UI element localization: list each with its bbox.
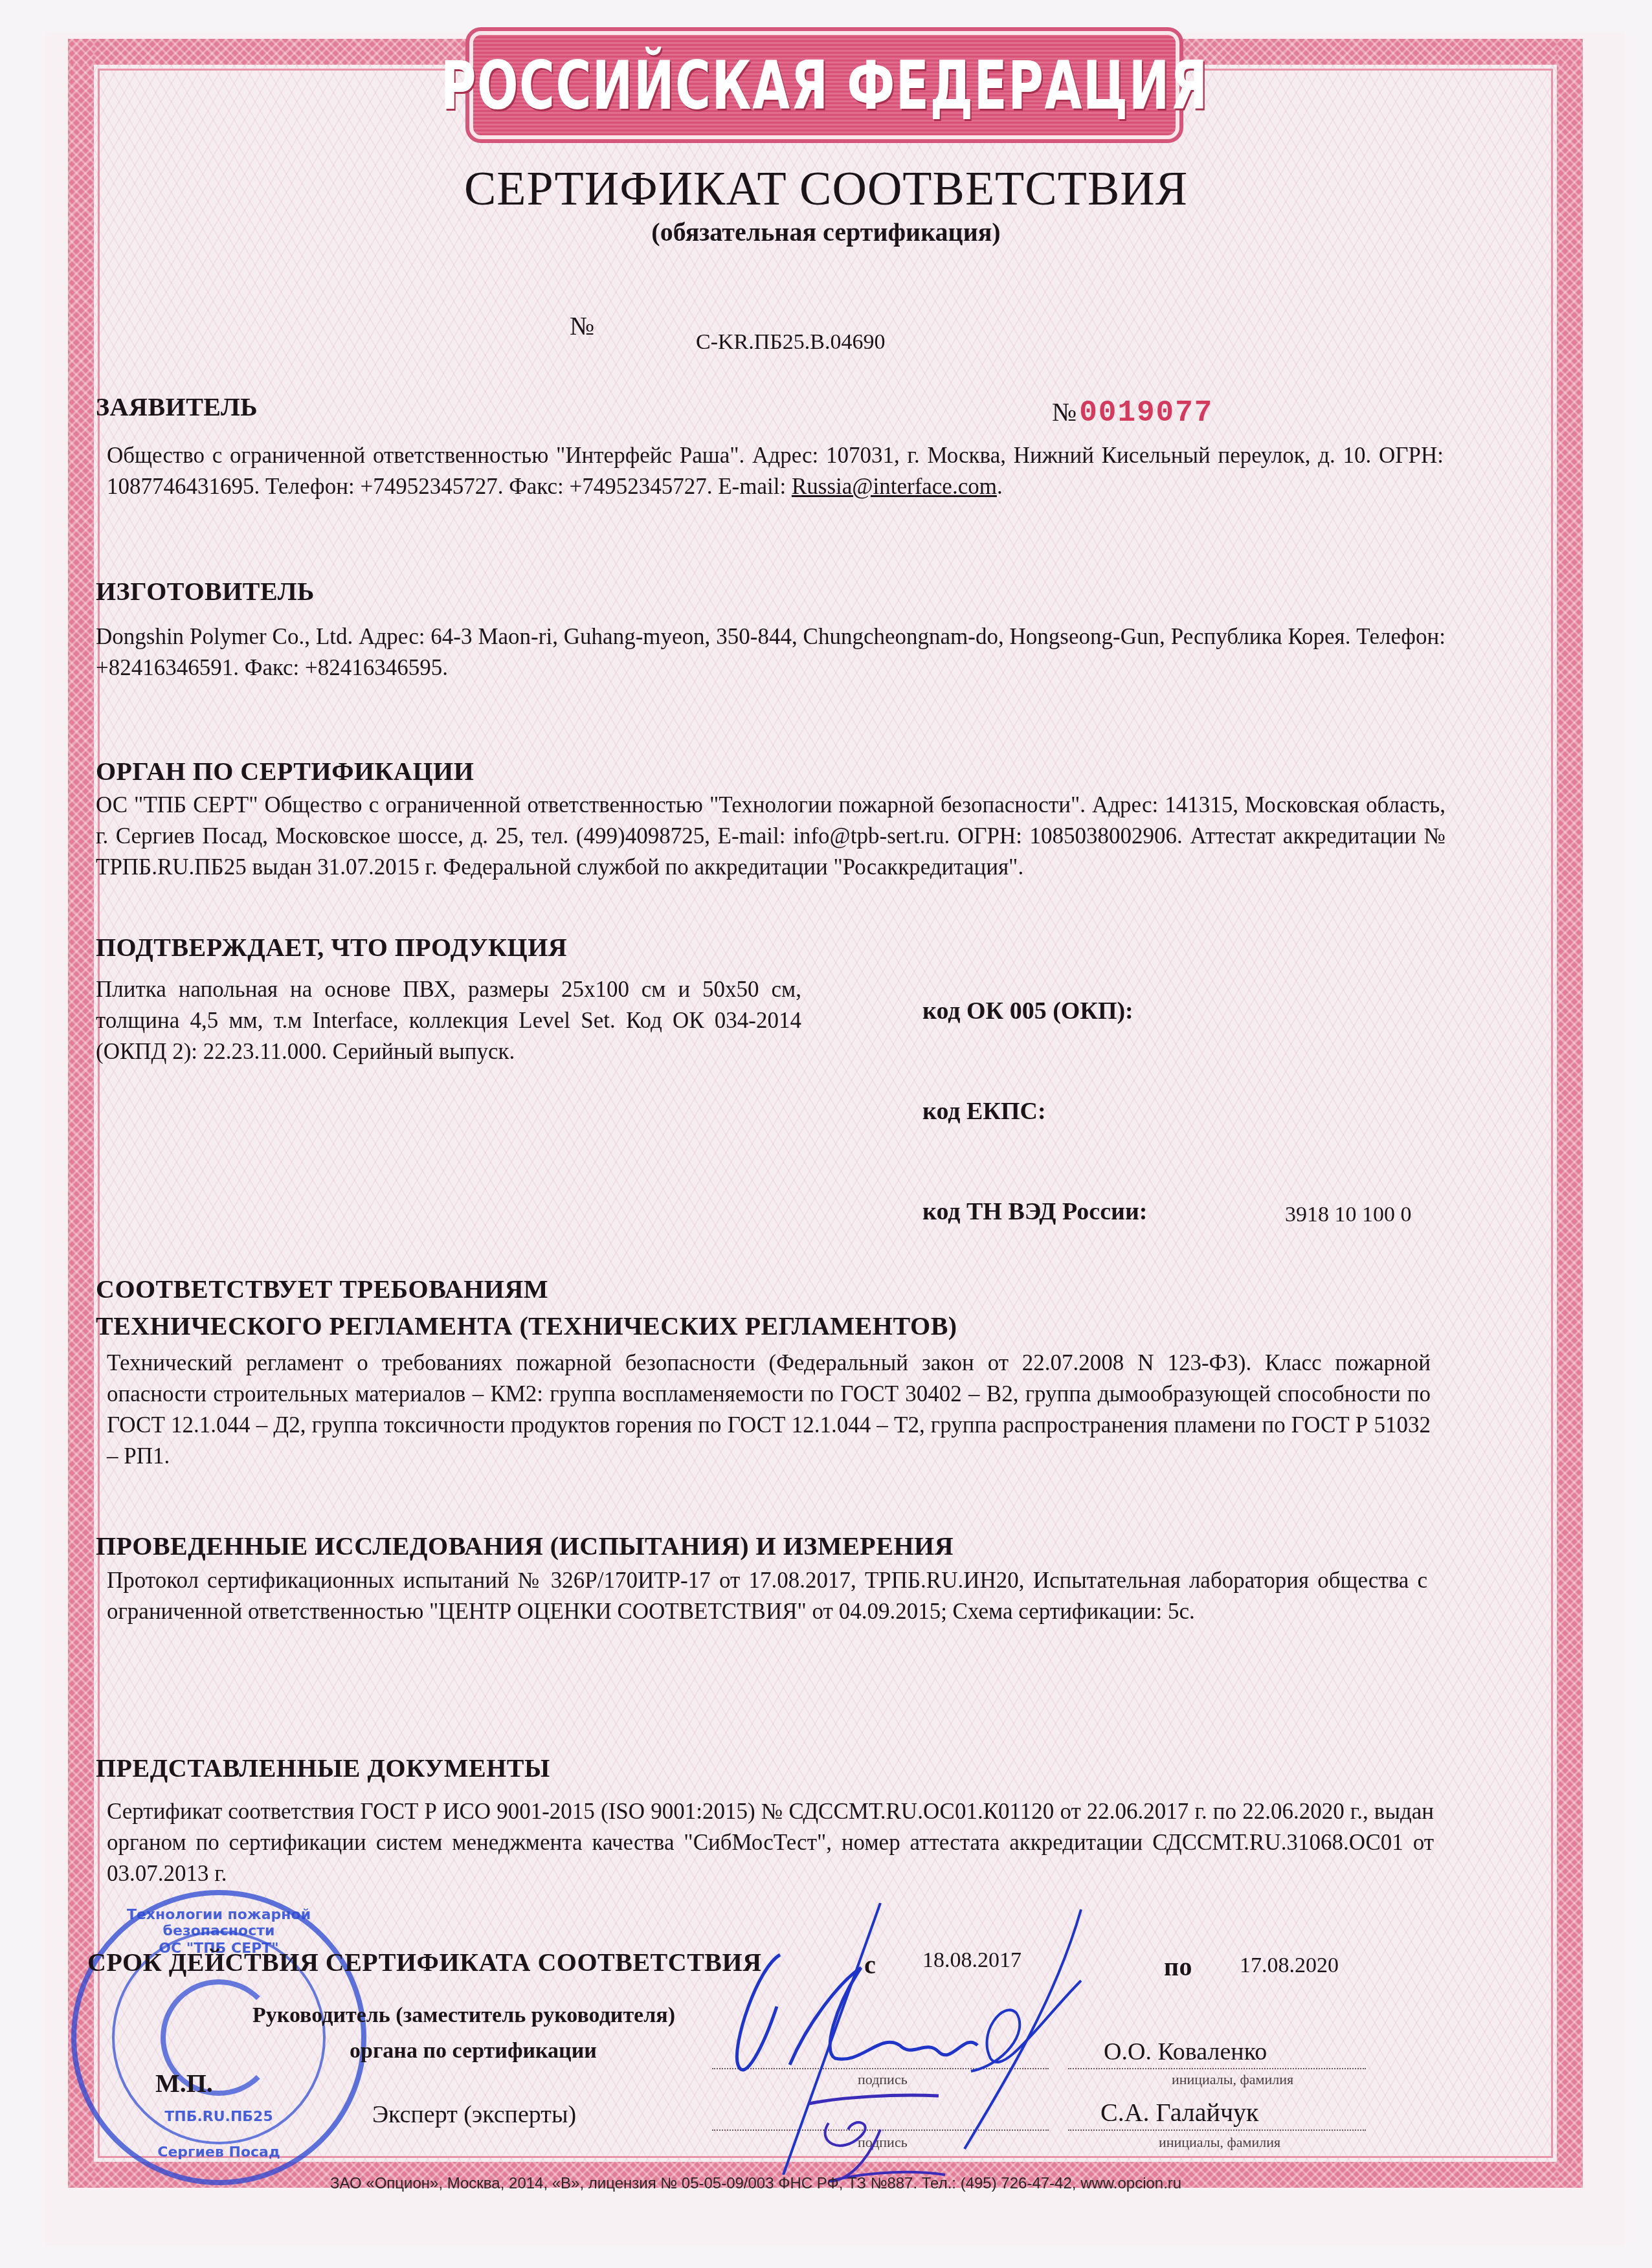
- applicant-details: Общество с ограниченной ответственностью…: [107, 440, 1444, 502]
- validity-to-label: по: [1164, 1951, 1192, 1982]
- code-tnved-label: код ТН ВЭД России:: [922, 1197, 1147, 1226]
- expert-name-line: [1068, 2129, 1366, 2131]
- validity-heading: СРОК ДЕЙСТВИЯ СЕРТИФИКАТА СООТВЕТСТВИЯ: [87, 1947, 762, 1977]
- requirements-heading-line1: СООТВЕТСТВУЕТ ТРЕБОВАНИЯМ: [96, 1274, 548, 1304]
- applicant-heading: ЗАЯВИТЕЛЬ: [96, 392, 258, 422]
- documents-heading: ПРЕДСТАВЛЕННЫЕ ДОКУМЕНТЫ: [96, 1753, 550, 1783]
- certification-body-details: ОС "ТПБ СЕРТ" Общество с ограниченной от…: [96, 790, 1445, 883]
- documents-text: Сертификат соответствия ГОСТ Р ИСО 9001-…: [107, 1796, 1434, 1889]
- document-title: СЕРТИФИКАТ СООТВЕТСТВИЯ: [0, 162, 1652, 217]
- code-ekps-label: код ЕКПС:: [922, 1097, 1046, 1126]
- validity-to-date: 17.08.2020: [1240, 1953, 1339, 1978]
- head-label-line1: Руководитель (заместитель руководителя): [252, 2003, 675, 2028]
- country-banner-text: РОССИЙСКАЯ ФЕДЕРАЦИЯ: [440, 46, 1208, 125]
- form-serial-number: 0019077: [1079, 396, 1213, 430]
- country-banner: РОССИЙСКАЯ ФЕДЕРАЦИЯ: [469, 31, 1179, 139]
- document-subtitle: (обязательная сертификация): [0, 217, 1652, 247]
- manufacturer-heading: ИЗГОТОВИТЕЛЬ: [96, 576, 315, 606]
- head-label-line2: органа по сертификации: [350, 2039, 597, 2063]
- expert-signature-scribble: [803, 2091, 971, 2188]
- tests-text: Протокол сертификационных испытаний № 32…: [107, 1565, 1427, 1627]
- requirements-heading-line2: ТЕХНИЧЕСКОГО РЕГЛАМЕНТА (ТЕХНИЧЕСКИХ РЕГ…: [96, 1311, 957, 1341]
- manufacturer-details: Dongshin Polymer Co., Ltd. Адрес: 64-3 M…: [96, 621, 1445, 684]
- stamp-outer-text: Технологии пожарной безопасности: [76, 1907, 361, 1939]
- product-description: Плитка напольная на основе ПВХ, размеры …: [96, 974, 801, 1067]
- expert-label: Эксперт (эксперты): [372, 2100, 576, 2129]
- head-name-caption: инициалы, фамилия: [1172, 2071, 1293, 2088]
- applicant-text: Общество с ограниченной ответственностью…: [107, 443, 1444, 499]
- certificate-number: С-KR.ПБ25.В.04690: [696, 330, 886, 355]
- code-tnved-value: 3918 10 100 0: [1285, 1203, 1412, 1227]
- head-name: О.О. Коваленко: [1104, 2038, 1267, 2066]
- form-serial-sign: №: [1052, 397, 1077, 427]
- stamp-reg-number: ТПБ.RU.ПБ25: [76, 2109, 361, 2125]
- printer-imprint: ЗАО «Опцион», Москва, 2014, «В», лицензи…: [330, 2175, 1181, 2193]
- seal-label: М.П.: [155, 2068, 213, 2098]
- applicant-text-tail: .: [997, 474, 1003, 499]
- tests-heading: ПРОВЕДЕННЫЕ ИССЛЕДОВАНИЯ (ИСПЫТАНИЯ) И И…: [96, 1531, 954, 1561]
- requirements-text: Технический регламент о требованиях пожа…: [107, 1348, 1431, 1472]
- certification-body-heading: ОРГАН ПО СЕРТИФИКАЦИИ: [96, 756, 474, 786]
- form-serial: № 0019077: [1052, 396, 1213, 430]
- official-seal-stamp: Технологии пожарной безопасности ОС "ТПБ…: [71, 1890, 366, 2185]
- expert-name: С.А. Галайчук: [1100, 2097, 1258, 2128]
- certificate-number-sign: №: [570, 311, 594, 341]
- expert-name-caption: инициалы, фамилия: [1159, 2134, 1280, 2151]
- code-okp-label: код ОК 005 (ОКП):: [922, 997, 1133, 1025]
- product-heading: ПОДТВЕРЖДАЕТ, ЧТО ПРОДУКЦИЯ: [96, 932, 567, 962]
- head-name-line: [1068, 2068, 1366, 2069]
- stamp-city: Сергиев Посад: [76, 2144, 361, 2161]
- applicant-email: Russia@interface.com: [792, 474, 997, 499]
